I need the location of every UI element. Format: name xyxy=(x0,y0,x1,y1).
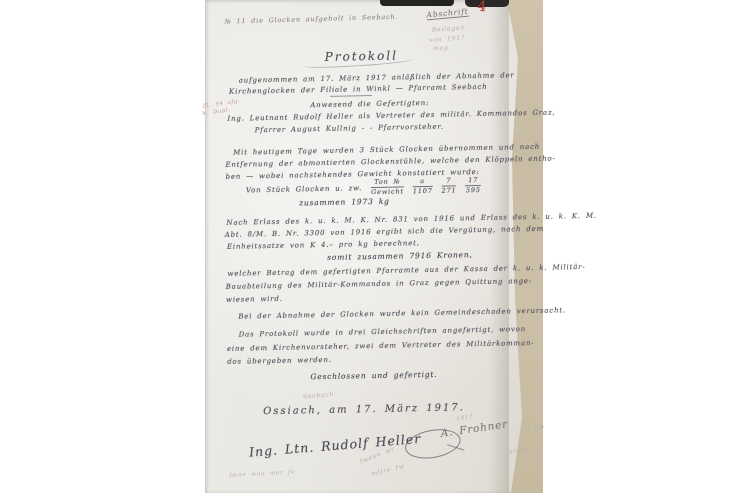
pencil-scribble-3: uvnm xyxy=(509,447,529,455)
pencil-word: Seebach xyxy=(303,391,335,401)
handwriting-layer: № 11 die Glocken aufgeholt in Seebach. A… xyxy=(200,0,547,493)
underlined-word-mark xyxy=(330,95,372,97)
corner-pencil-note-2: von 1917 xyxy=(429,34,466,44)
pencil-scribble-4: fmne wnu mnr fe xyxy=(229,469,295,479)
body-line: Mit heutigem Tage wurden 3 Stück Glocken… xyxy=(233,143,540,157)
kronen-sum: somit zusammen 7916 Kronen, xyxy=(327,250,473,262)
closing-line: Geschlossen und gefertigt. xyxy=(310,370,437,381)
attendees-heading: Anwesend die Gefertigten: xyxy=(310,99,429,109)
body-line: welcher Betrag dem gefertigten Pfarramte… xyxy=(227,263,585,278)
paraph-tail-stroke xyxy=(447,444,464,450)
header-note: № 11 die Glocken aufgeholt in Seebach. xyxy=(225,13,399,26)
weight-intro: Von Stück Glocken u. zw. xyxy=(246,184,362,194)
page-number: 4 xyxy=(477,0,488,15)
document-paper: № 11 die Glocken aufgeholt in Seebach. A… xyxy=(205,0,543,493)
weight-col-2: 7 271 xyxy=(441,177,456,194)
signature-heller: Ing. Ltn. Rudolf Heller xyxy=(248,431,421,460)
gewicht-value: 595 xyxy=(465,186,481,194)
corner-pencil-note-1: Beilagen xyxy=(432,24,465,33)
weight-col-1: a 1107 xyxy=(413,178,433,195)
body-line: Ing. Leutnant Rudolf Heller als Vertrete… xyxy=(227,108,555,122)
ton-value: 17 xyxy=(465,177,481,186)
body-line: Das Protokoll wurde in drei Gleichschrif… xyxy=(239,325,526,339)
copy-stamp: Abschrift xyxy=(426,7,469,21)
weight-col-3: 17 595 xyxy=(465,177,481,194)
body-line: Einheitssatze von K 4.– pro kg berechnet… xyxy=(227,239,420,251)
date-side-note: 1917 xyxy=(456,414,474,423)
weight-sum: zusammen 1973 kg xyxy=(299,197,390,208)
place-date-line: Ossiach, am 17. März 1917. xyxy=(263,402,465,417)
body-line: Entfernung der abmontierten Glockenstühl… xyxy=(225,154,555,168)
ton-value: 7 xyxy=(441,177,456,186)
body-line: eine dem Kirchenvorsteher, zwei dem Vert… xyxy=(227,339,535,353)
weight-header-fraction: Ton № Gewicht xyxy=(371,178,404,196)
body-line: Pfarrer August Kullnig - - Pfarrvorstehe… xyxy=(255,123,444,135)
body-line: Abt. 8/M. B. Nr. 3300 von 1916 ergibt si… xyxy=(225,225,544,239)
body-line: dos übergeben werden. xyxy=(227,356,332,366)
gewicht-value: 1107 xyxy=(413,187,433,195)
gewicht-value: 271 xyxy=(442,186,457,194)
pencil-scribble-2: mllre tw xyxy=(371,463,405,478)
pencil-scribble-5: tf nw xyxy=(524,425,544,431)
gewicht-label: Gewicht xyxy=(371,187,404,196)
body-line: Kirchenglocken der Filiale in Winkl — Pf… xyxy=(229,83,488,96)
ton-value: a xyxy=(413,178,433,187)
photo-of-document: № 11 die Glocken aufgeholt in Seebach. A… xyxy=(0,0,740,493)
body-line: Bei der Abnahme der Glocken wurde kein G… xyxy=(238,306,566,320)
body-line: wiesen wird. xyxy=(226,295,283,304)
corner-pencil-note-3: mag. xyxy=(433,44,452,52)
signature-second: A. Frohner xyxy=(440,418,509,439)
body-line: Bauabteilung des Militär-Kommandos in Gr… xyxy=(226,277,532,291)
weight-table: Von Stück Glocken u. zw. Ton № Gewicht a… xyxy=(246,177,482,199)
